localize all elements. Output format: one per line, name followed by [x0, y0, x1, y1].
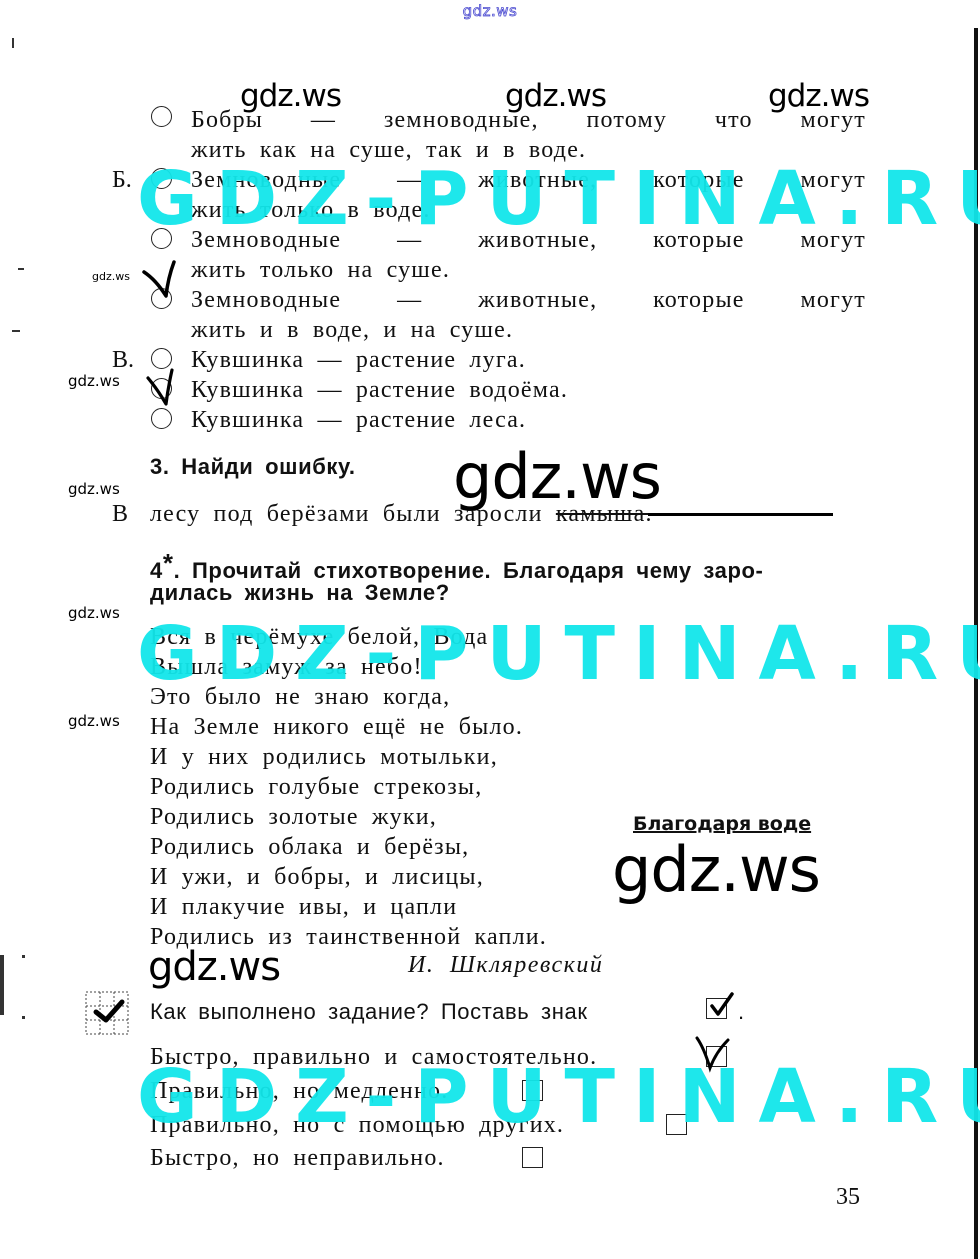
radio-option[interactable]: [151, 408, 172, 429]
struck-word: камыша.: [556, 501, 653, 527]
asterisk: *: [163, 548, 174, 578]
scan-speck: [12, 38, 14, 48]
putina-watermark: GDZ-PUTINA.RU: [137, 162, 980, 236]
option-text: жить и в воде, и на суше.: [191, 315, 513, 345]
putina-watermark: GDZ-PUTINA.RU: [137, 1060, 980, 1134]
group-label: Б.: [112, 165, 132, 195]
scan-speck: [22, 955, 25, 958]
question-4-heading-line2: дилась жизнь на Земле?: [150, 578, 450, 608]
group-label: В.: [112, 345, 134, 375]
self-check-icon: [84, 990, 132, 1038]
option-text: жить только на суше.: [191, 255, 450, 285]
poem-author: И. Шкляревский: [408, 952, 603, 979]
poem-line: И плакучие ивы, и цапли: [150, 892, 457, 922]
option-text: Кувшинка — растение леса.: [191, 405, 526, 435]
gdz-watermark: gdz.ws: [68, 372, 120, 390]
sentence-prefix: В: [112, 499, 128, 529]
radio-option[interactable]: [151, 106, 172, 127]
self-check-option-label: Быстро, но неправильно.: [150, 1143, 445, 1173]
scan-speck: [12, 330, 20, 332]
scan-speck: [0, 955, 4, 1015]
handwritten-answer: Благодаря воде: [633, 813, 811, 835]
poem-line: На Земле никого ещё не было.: [150, 712, 523, 742]
option-text: Бобры — земноводные, потому что могут: [191, 105, 866, 135]
handwritten-check-icon: [144, 366, 180, 410]
option-text: Кувшинка — растение водоёма.: [191, 375, 568, 405]
gdz-watermark: gdz.ws: [68, 604, 120, 622]
strikethrough-line: [648, 513, 833, 516]
gdz-watermark: gdz.ws: [92, 270, 130, 283]
gdz-watermark: gdz.ws: [68, 480, 120, 498]
question-3-heading: 3. Найди ошибку.: [150, 452, 356, 482]
poem-line: Родились золотые жуки,: [150, 802, 437, 832]
checkmark-icon: [706, 990, 736, 1020]
option-text: Земноводные — животные, которые могут: [191, 285, 866, 315]
scan-speck: [18, 268, 24, 270]
page-number: 35: [836, 1184, 860, 1211]
sentence-text: лесу под берёзами были заросли: [150, 501, 543, 527]
prompt-end: .: [738, 997, 744, 1027]
error-sentence: лесу под берёзами были заросли камыша.: [150, 499, 653, 529]
poem-line: Родились голубые стрекозы,: [150, 772, 482, 802]
option-text: Кувшинка — растение луга.: [191, 345, 526, 375]
poem-line: И у них родились мотыльки,: [150, 742, 498, 772]
top-watermark: gdz.ws: [0, 2, 980, 20]
poem-line: Родились облака и берёзы,: [150, 832, 469, 862]
prompt-text: Как выполнено задание? Поставь знак: [150, 999, 588, 1024]
gdz-watermark: gdz.ws: [148, 944, 280, 990]
gdz-watermark: gdz.ws: [68, 712, 120, 730]
self-check-prompt: Как выполнено задание? Поставь знак: [150, 997, 588, 1027]
gdz-watermark: gdz.ws: [612, 833, 820, 906]
putina-watermark: GDZ-PUTINA.RU: [137, 617, 980, 691]
scan-speck: [22, 1016, 25, 1019]
self-check-checkbox[interactable]: [522, 1147, 543, 1168]
handwritten-check-icon: [140, 258, 184, 306]
poem-line: И ужи, и бобры, и лисицы,: [150, 862, 484, 892]
